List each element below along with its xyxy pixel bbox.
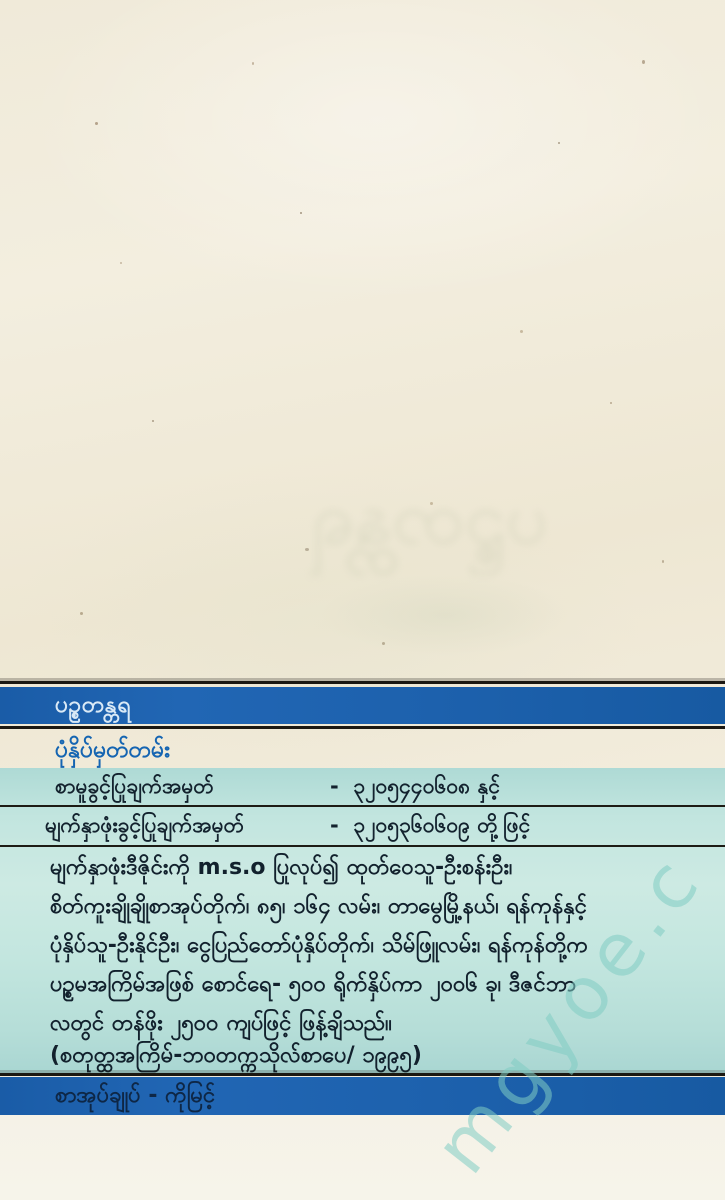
paper-speck [80, 612, 83, 615]
bottom-margin-paper [0, 1115, 725, 1200]
paper-speck [558, 142, 560, 144]
paper-speck [300, 212, 302, 214]
divider-line-row [0, 845, 725, 847]
binder-credit: စာအုပ်ချုပ် - ကိုမြင့် [0, 1077, 725, 1114]
paper-speck [152, 420, 154, 422]
printing-record-panel: စာမူခွင့်ပြုချက်အမှတ် - ၃၂၀၅၄၄၀၆၀၈ နှင့်… [0, 768, 725, 1074]
binder-band: စာအုပ်ချုပ် - ကိုမြင့် [0, 1077, 725, 1115]
paragraph-line: စိတ်ကူးချိုချိုစာအုပ်တိုက်၊ ၈၅၊ ၁၆၄ လမ်း… [50, 887, 698, 926]
series-title: ပဉ္စတန္တရ [0, 687, 725, 723]
printing-record-heading-strip: ပုံနှိပ်မှတ်တမ်း [0, 730, 725, 768]
permit-label: မျက်နှာဖုံးခွင့်ပြုချက်အမှတ် [45, 807, 244, 844]
paper-speck [642, 60, 645, 64]
divider-line-bottom [0, 1073, 725, 1076]
divider-line-under-title [0, 726, 725, 729]
permit-row-cover: မျက်နှာဖုံးခွင့်ပြုချက်အမှတ် - ၃၂၀၅၃၆၀၆၀… [0, 807, 725, 844]
paragraph-line: မျက်နှာဖုံးဒီဇိုင်းကို m.s.o ပြုလုပ်၍ ထု… [50, 848, 698, 887]
paper-speck [120, 262, 122, 264]
divider-line-top [0, 681, 725, 684]
edition-note: (စတုတ္ထအကြိမ်-ဘဝတက္ကသိုလ်စာပေ/ ၁၉၉၅) [50, 1040, 698, 1074]
paragraph-line: ပဉ္စမအကြိမ်အဖြစ် စောင်ရေ- ၅၀၀ ရိုက်နှိပ်… [50, 965, 698, 1004]
book-page: ပဉ္စတန္တရ ပဉ္စတန္တရ ပုံနှိပ်မှတ်တမ်း စာမ… [0, 0, 725, 1200]
publication-details-paragraph: မျက်နှာဖုံးဒီဇိုင်းကို m.s.o ပြုလုပ်၍ ထု… [50, 848, 698, 1043]
paragraph-line: ပုံနှိပ်သူ-ဦးနိုင်ဦး၊ ငွေပြည်တော်ပုံနှိပ… [50, 926, 698, 965]
printing-record-heading: ပုံနှိပ်မှတ်တမ်း [0, 730, 725, 770]
permit-label: စာမူခွင့်ပြုချက်အမှတ် [55, 768, 214, 805]
paper-speck [662, 560, 664, 563]
permit-value: - ၃၂၀၅၃၆၀၆၀၉ တို့ဖြင့် [330, 807, 530, 844]
show-through-smudge [280, 560, 610, 670]
series-title-band: ပဉ္စတန္တရ [0, 687, 725, 724]
permit-value: - ၃၂၀၅၄၄၀၆၀၈ နှင့် [330, 768, 500, 805]
paper-speck [610, 402, 612, 404]
paragraph-line: လတွင် တန်ဖိုး ၂၅၀၀ ကျပ်ဖြင့် ဖြန့်ချိသည်… [50, 1004, 698, 1043]
permit-row-manuscript: စာမူခွင့်ပြုချက်အမှတ် - ၃၂၀၅၄၄၀၆၀၈ နှင့် [0, 768, 725, 805]
paper-speck [520, 330, 523, 333]
paper-speck [95, 122, 98, 125]
paper-speck [252, 62, 254, 65]
